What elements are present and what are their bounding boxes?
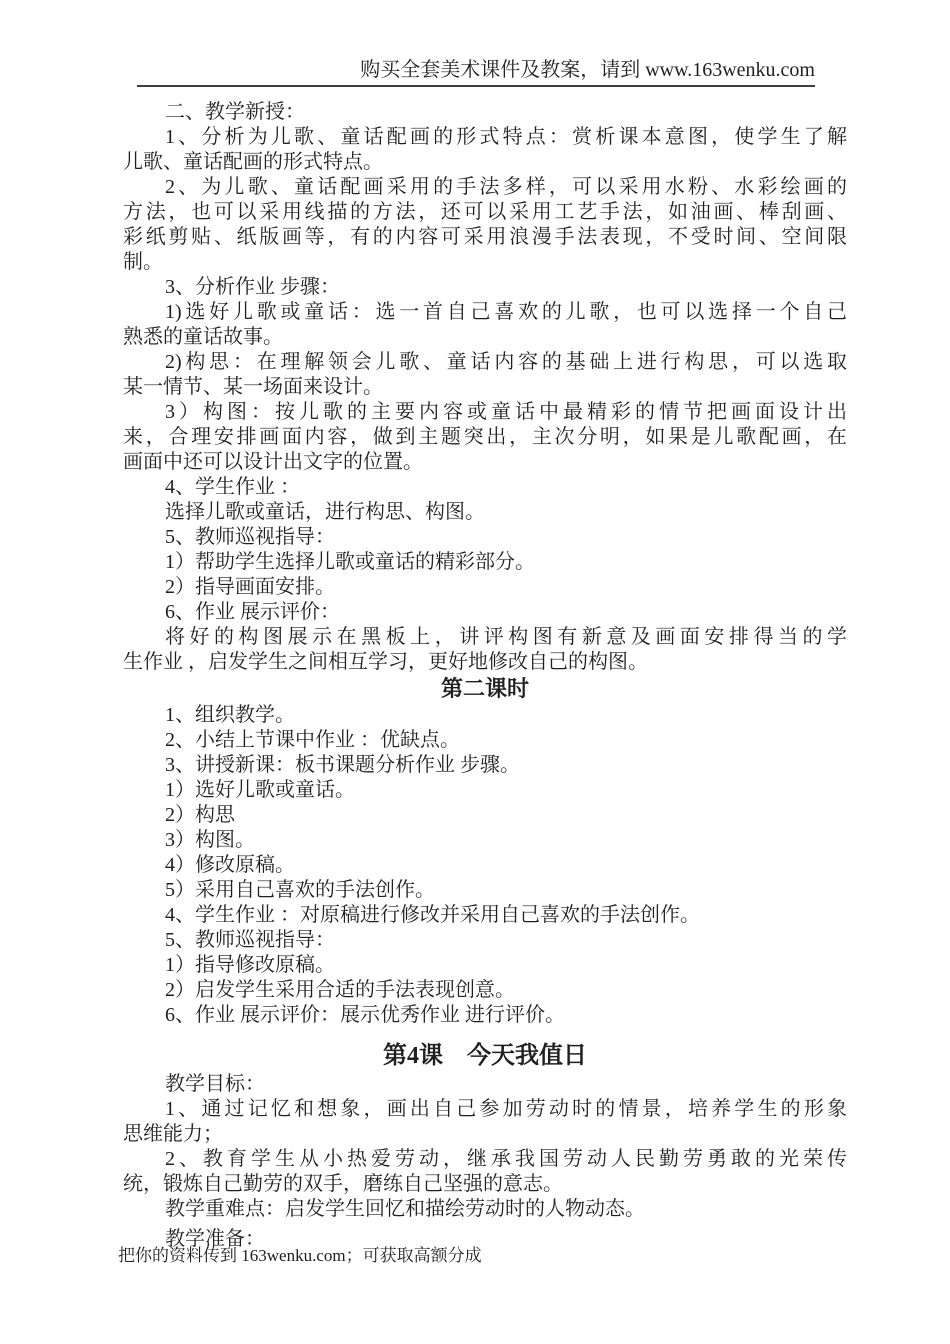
text-line: 选择儿歌或童话，进行构思、构图。: [123, 500, 847, 525]
text-line: 1、通过记忆和想象，画出自己参加劳动时的情景，培养学生的形象: [123, 1097, 847, 1122]
text-line: 3、讲授新课：板书课题分析作业 步骤。: [123, 753, 847, 778]
lesson-title: 第4课 今天我值日: [123, 1040, 847, 1072]
text-line: 1）帮助学生选择儿歌或童话的精彩部分。: [123, 550, 847, 575]
text-line: 3、分析作业 步骤：: [123, 275, 847, 300]
document-page: 购买全套美术课件及教案，请到 www.163wenku.com 二、教学新授：1…: [0, 0, 950, 1344]
text-line: 5、教师巡视指导：: [123, 525, 847, 550]
text-line: 1、组织教学。: [123, 703, 847, 728]
text-line: 来，合理安排画面内容，做到主题突出，主次分明，如果是儿歌配画，在: [123, 425, 847, 450]
text-line: 6、作业 展示评价：展示优秀作业 进行评价。: [123, 1003, 847, 1028]
text-line: 2、为儿歌、童话配画采用的手法多样，可以采用水粉、水彩绘画的: [123, 175, 847, 200]
text-line: 某一情节、某一场面来设计。: [123, 375, 847, 400]
page-header: 购买全套美术课件及教案，请到 www.163wenku.com: [137, 58, 815, 87]
text-line: 6、作业 展示评价：: [123, 600, 847, 625]
header-promo-text: 购买全套美术课件及教案，请到 www.163wenku.com: [360, 59, 815, 81]
text-line: 教学目标：: [123, 1072, 847, 1097]
text-line: 1、分析为儿歌、童话配画的形式特点：赏析课本意图，使学生了解: [123, 125, 847, 150]
text-line: 5）采用自己喜欢的手法创作。: [123, 878, 847, 903]
text-line: 1)选好儿歌或童话：选一首自己喜欢的儿歌，也可以选择一个自己: [123, 300, 847, 325]
text-line: 思维能力；: [123, 1122, 847, 1147]
footer-promo-text: 把你的资料传到 163wenku.com；可获取高额分成: [118, 1246, 482, 1265]
text-line: 将好的构图展示在黑板上，讲评构图有新意及画面安排得当的学: [123, 625, 847, 650]
text-line: 2）指导画面安排。: [123, 575, 847, 600]
text-line: 4、学生作业 ：对原稿进行修改并采用自己喜欢的手法创作。: [123, 903, 847, 928]
document-body: 二、教学新授：1、分析为儿歌、童话配画的形式特点：赏析课本意图，使学生了解儿歌、…: [123, 100, 847, 1252]
text-line: 彩纸剪贴、纸版画等，有的内容可采用浪漫手法表现，不受时间、空间限: [123, 225, 847, 250]
text-line: 2、教育学生从小热爱劳动，继承我国劳动人民勤劳勇敢的光荣传: [123, 1147, 847, 1172]
text-line: 制。: [123, 250, 847, 275]
text-line: 画面中还可以设计出文字的位置。: [123, 450, 847, 475]
text-line: 4）修改原稿。: [123, 853, 847, 878]
chapter-heading: 第二课时: [123, 675, 847, 703]
page-footer: 把你的资料传到 163wenku.com；可获取高额分成: [118, 1246, 482, 1266]
text-line: 教学重难点：启发学生回忆和描绘劳动时的人物动态。: [123, 1197, 847, 1222]
text-line: 5、教师巡视指导：: [123, 928, 847, 953]
text-line: 1）选好儿歌或童话。: [123, 778, 847, 803]
text-line: 统，锻炼自己勤劳的双手，磨练自己坚强的意志。: [123, 1172, 847, 1197]
text-line: 二、教学新授：: [123, 100, 847, 125]
text-line: 2）启发学生采用合适的手法表现创意。: [123, 978, 847, 1003]
text-line: 4、学生作业 ：: [123, 475, 847, 500]
text-line: 生作业 ，启发学生之间相互学习，更好地修改自己的构图。: [123, 650, 847, 675]
text-line: 3）构图。: [123, 828, 847, 853]
text-line: 熟悉的童话故事。: [123, 325, 847, 350]
text-line: 1）指导修改原稿。: [123, 953, 847, 978]
text-line: 2）构思: [123, 803, 847, 828]
text-line: 儿歌、童话配画的形式特点。: [123, 150, 847, 175]
text-line: 2、小结上节课中作业 ：优缺点。: [123, 728, 847, 753]
text-line: 2)构思：在理解领会儿歌、童话内容的基础上进行构思，可以选取: [123, 350, 847, 375]
text-line: 方法，也可以采用线描的方法，还可以采用工艺手法，如油画、棒刮画、: [123, 200, 847, 225]
text-line: 3）构图：按儿歌的主要内容或童话中最精彩的情节把画面设计出: [123, 400, 847, 425]
